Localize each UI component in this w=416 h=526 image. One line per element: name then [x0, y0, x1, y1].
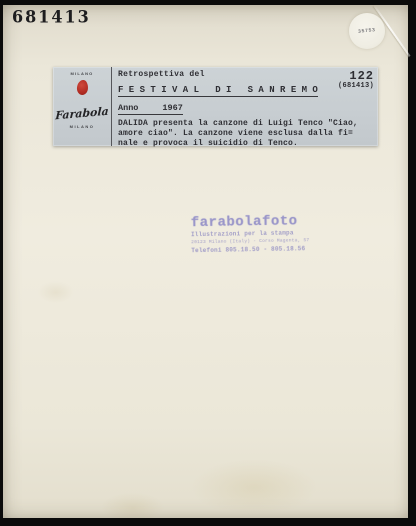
number-block: 122 (681413) [338, 70, 374, 91]
corner-sticker-number: 35753 [358, 27, 376, 35]
agency-city-top-label: MILANO [53, 71, 111, 76]
series-title: Retrospettiva del [118, 70, 373, 79]
farabola-logo-script: Farabola [53, 104, 111, 122]
label-agency-column: MILANO Farabola MILANO [53, 67, 112, 146]
farabola-red-mark [76, 80, 88, 96]
archive-number-stamp: 681413 [12, 7, 91, 27]
agency-stamp-phones: Telefoni 805.18.50 - 805.18.56 [191, 244, 331, 253]
year-row: Anno1967 [118, 103, 183, 115]
year-label: Anno [118, 103, 138, 113]
label-text-column: Retrospettiva del F E S T I V A L D I S … [112, 67, 378, 146]
agency-ink-stamp: farabolafoto Illustrazioni per la stampa… [191, 213, 332, 254]
photo-paper-back: 681413 35753 MILANO Farabola MILANO Retr… [3, 5, 408, 518]
festival-title: F E S T I V A L D I S A N R E M O [118, 85, 318, 97]
year-value: 1967 [162, 103, 182, 113]
negative-number: (681413) [338, 83, 374, 91]
caption-text: DALIDA presenta la canzone di Luigi Tenc… [118, 119, 373, 149]
agency-city-bottom-label: MILANO [53, 124, 111, 129]
corner-sticker: 35753 [349, 13, 385, 49]
agency-stamp-address: 20123 Milano (Italy) - Corso Magenta, 57 [191, 237, 331, 244]
archive-caption-label: MILANO Farabola MILANO Retrospettiva del… [53, 67, 378, 146]
